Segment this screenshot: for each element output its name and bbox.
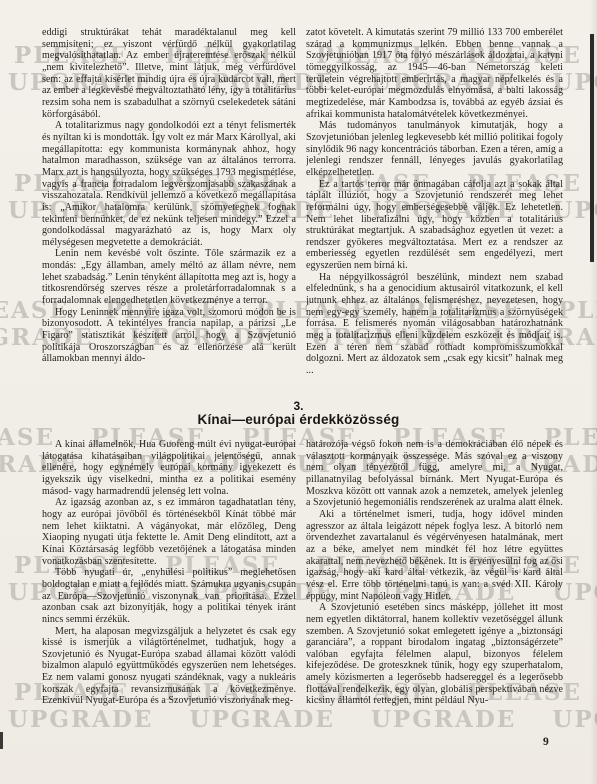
- paragraph: Más tudományos tanulmányok kimutatják, h…: [306, 120, 563, 178]
- paragraph: Az igazság azonban az, s ez immáron taga…: [42, 497, 296, 567]
- right-column-lower: határozója végső fokon nem is a demokrác…: [306, 439, 563, 739]
- paragraph: Aki a történelmet ismeri, tudja, hogy id…: [306, 509, 563, 602]
- paragraph: Lenin nem kevésbé volt őszinte. Tőle szá…: [42, 248, 296, 306]
- scan-artifact-left-edge-mark: [0, 732, 3, 749]
- paragraph: határozója végső fokon nem is a demokrác…: [306, 439, 563, 509]
- left-column-lower: A kínai államelnök, Hua Guofeng múlt évi…: [42, 439, 296, 739]
- paragraph: A totalitarizmus nagy gondolkodói ezt a …: [42, 120, 296, 248]
- page-number: 9: [543, 736, 549, 748]
- paragraph: Több nyugati úr, „enyhülési politikus” m…: [42, 567, 296, 625]
- scan-artifact-right-edge-line: [590, 34, 594, 262]
- paragraph: A Szovjetunió esetében sincs másképp, jó…: [306, 602, 563, 707]
- paragraph: Hogy Leninnek mennyire igaza volt, szomo…: [42, 307, 296, 365]
- paragraph: Mert, ha alaposan megvizsgáljuk a helyze…: [42, 626, 296, 708]
- section-title: Kínai—európai érdekközösség: [0, 412, 597, 428]
- paragraph: A kínai államelnök, Hua Guofeng múlt évi…: [42, 439, 296, 497]
- section-number: 3.: [0, 400, 597, 412]
- paragraph: Ez a tartós terror már önmagában cáfolja…: [306, 179, 563, 272]
- right-column-upper: zatot követelt. A kimutatás szerint 79 m…: [306, 27, 563, 404]
- paragraph: zatot követelt. A kimutatás szerint 79 m…: [306, 27, 563, 120]
- section-heading: 3. Kínai—európai érdekközösség: [0, 400, 597, 428]
- paragraph: eddigi struktúrákat tehát maradéktalanul…: [42, 27, 296, 120]
- left-column-upper: eddigi struktúrákat tehát maradéktalanul…: [42, 27, 296, 404]
- paragraph: Ha népgyilkosságról beszélünk, mindezt n…: [306, 272, 563, 377]
- scanned-document-page: PLEASE PLEASE PLEASE PLEASE PLEASE PLEAS…: [0, 0, 597, 784]
